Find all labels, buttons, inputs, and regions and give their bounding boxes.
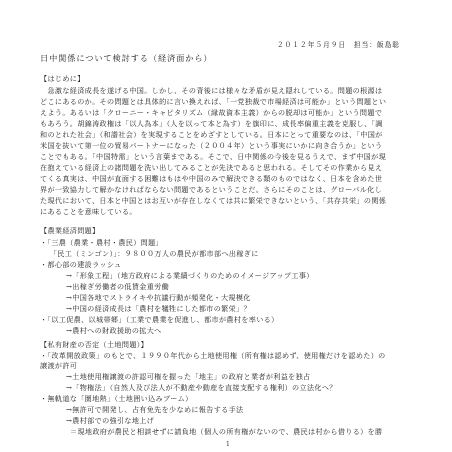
list-item: ・「以工促農、以城帯郷」（工業で農業を促進し、都市が農村を率いる） bbox=[40, 315, 279, 324]
page-number: 1 bbox=[226, 441, 230, 448]
paragraph-line: た現代において、日本と中国とはお互いが存在しなくては共に繁栄できないという、「共… bbox=[40, 196, 386, 205]
list-item: ・「三農（農業・農村・農民）問題」 bbox=[40, 238, 163, 247]
list-item: ・「改革開放政策」のもとで、１９９０年代から土地使用権（所有権は認めず、使用権だ… bbox=[40, 351, 386, 360]
list-item: →出稼ぎ労働者の低賃金重労働 bbox=[66, 282, 169, 291]
paragraph-line: にあることを意味している。 bbox=[40, 207, 137, 216]
paragraph-line: えよう。あるいは「クローニー・キャピタリズム（縁故資本主義）からの脱却は可能か」… bbox=[40, 108, 382, 117]
section-heading-agriculture: 【農業経済問題】 bbox=[40, 226, 100, 235]
paragraph-line: 急激な経済成長を遂げる中国。しかし、その背後には様々な矛盾が見え隠れしている。問… bbox=[40, 86, 382, 95]
document-title: 日中関係について検討する（経済面から） bbox=[40, 54, 213, 63]
list-item: →土地使用権譲渡の許認可権を握った「地主」の政府と業者が利益を独占 bbox=[66, 372, 311, 381]
list-item: →「物権法」（自然人及び法人が不動産や動産を直接支配する権利）の立法化へ？ bbox=[66, 383, 337, 392]
list-item: →中国の経済成長は「農村を犠牲にした都市の繁栄」？ bbox=[66, 304, 251, 313]
section-heading-land: 【私有財産の否定（土地問題）】 bbox=[40, 340, 148, 349]
list-item: →中国各地でストライキや抗議行動が頻発化・大規模化 bbox=[66, 293, 251, 302]
paragraph-line: もあろう。胡錦涛政権は「以人為本」（人を以って本と為す）を旗印に、成長率偏重主義… bbox=[40, 119, 383, 128]
list-item: ・都心部の建設ラッシュ bbox=[40, 260, 122, 269]
document-meta: ２０１２年５月９日 担当：飯島聡 bbox=[277, 41, 400, 50]
list-item: 「民工（ミンゴン）」：９８００万人の農民が都市部へ出稼ぎに bbox=[46, 249, 259, 258]
paragraph-line: どこにあるのか。その問題とは具体的に言い換えれば、「一党独裁で市場経済は可能か」… bbox=[40, 97, 386, 106]
section-heading-intro: 【はじめに】 bbox=[40, 74, 85, 83]
paragraph-line: 米国を抜いて第一位の貿易パートナーになった（２００４年）という事実にいかに向き合… bbox=[40, 141, 382, 150]
document-page: ２０１２年５月９日 担当：飯島聡 日中関係について検討する（経済面から） 【はじ… bbox=[0, 0, 452, 452]
list-item: →「形象工程」（地方政府による業績づくりのためのイメージアップ工事） bbox=[66, 271, 314, 280]
paragraph-line: 界が一致協力して解かなければならない問題であるということだ。さらにそのことは、グ… bbox=[40, 185, 382, 194]
paragraph-line: 和のとれた社会」（和諧社会）を実現することをめざすとしている。日本にとって重要な… bbox=[40, 130, 383, 139]
list-item: ・無軌道な「圏地熱」（土地囲い込みブーム） bbox=[40, 394, 193, 403]
list-item: →無許可で開発し、占有免先を少なめに報告する手法 bbox=[66, 405, 244, 414]
list-item: ＝現地政府が農民と相談せずに請負地（個人の所有権がないので、農民は村から借りる）… bbox=[70, 427, 383, 436]
paragraph-line: 在抱えている経済上の諸問題を洗い出してみることが先決であると思われる。そしてその… bbox=[40, 163, 382, 172]
paragraph-line: ことでもある。「中国特需」という言葉まである。そこで、日中関係の今後を見るうえで… bbox=[40, 152, 386, 161]
paragraph-line: てくる真実は、中国が直面する困難はもはや中国のみで解決できる類のものではなく、日… bbox=[40, 174, 382, 183]
list-item: →農村部での強引な地上げ bbox=[66, 416, 154, 425]
list-item: →農村への財政援助の拡大へ bbox=[66, 326, 162, 335]
list-item: 譲渡が許可 bbox=[40, 361, 77, 370]
